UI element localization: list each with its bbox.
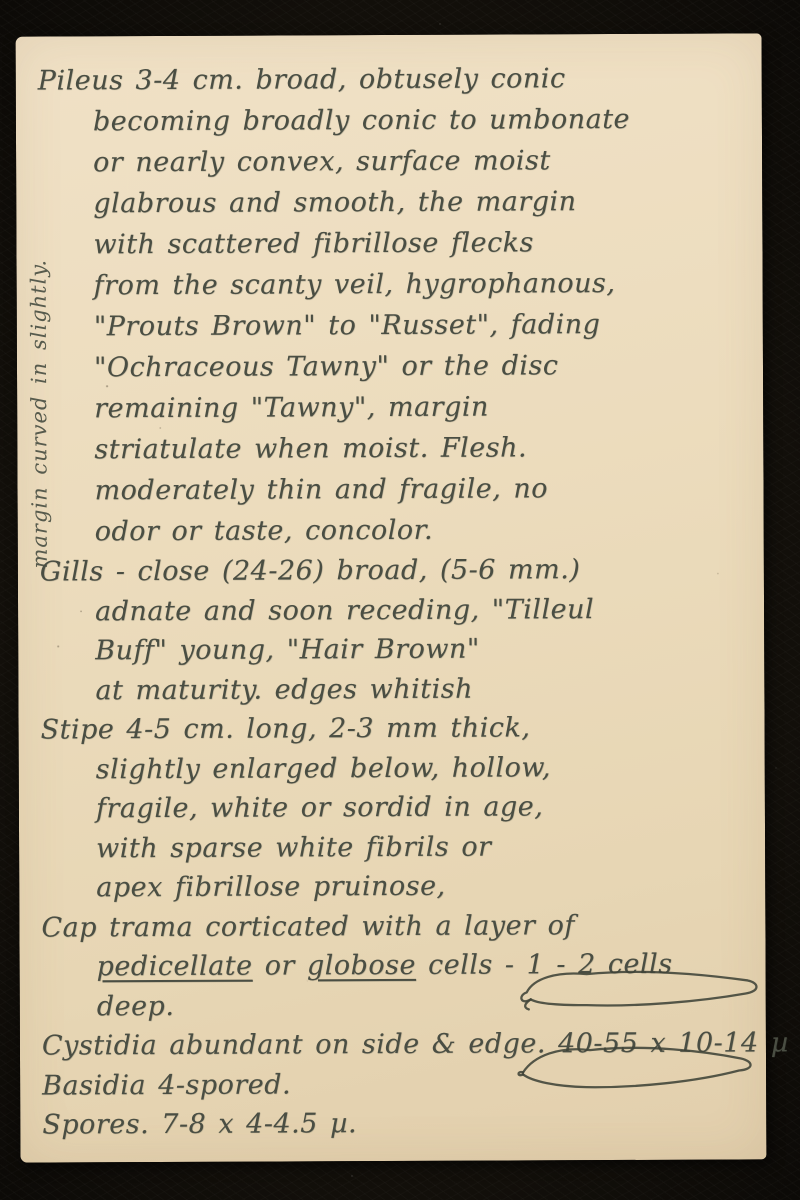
note-card: margin curved in slightly. Pileus 3-4 cm… xyxy=(16,33,767,1162)
handwritten-line: striatulate when moist. Flesh. xyxy=(39,426,755,470)
handwritten-line: "Prouts Brown" to "Russet", fading xyxy=(39,303,755,347)
handwritten-line: Gills - close (24-26) broad, (5-6 mm.) xyxy=(40,549,756,592)
underlined-word: globose xyxy=(307,950,416,981)
handwritten-line: with scattered fibrillose flecks xyxy=(38,221,754,265)
handwritten-line: apex fibrillose pruinose, xyxy=(41,865,757,908)
cystidium-sketch-2 xyxy=(514,1039,758,1106)
handwritten-line: Buff" young, "Hair Brown" xyxy=(40,628,756,671)
photo-background: margin curved in slightly. Pileus 3-4 cm… xyxy=(0,0,800,1200)
handwritten-line: from the scanty veil, hygrophanous, xyxy=(39,262,755,306)
handwritten-line: slightly enlarged below, hollow, xyxy=(41,747,757,790)
handwritten-line: "Ochraceous Tawny" or the disc xyxy=(39,344,755,388)
handwritten-line: Cap trama corticated with a layer of xyxy=(41,905,757,948)
handwritten-line: glabrous and smooth, the margin xyxy=(38,180,754,224)
handwritten-line: Pileus 3-4 cm. broad, obtusely conic xyxy=(38,57,754,101)
handwritten-line: moderately thin and fragile, no xyxy=(39,467,755,511)
underlined-word: pedicellate xyxy=(97,951,253,983)
handwritten-line: Spores. 7-8 x 4-4.5 µ. xyxy=(42,1102,758,1145)
line-segment: or xyxy=(253,950,307,981)
handwritten-line: adnate and soon receding, "Tilleul xyxy=(40,589,756,632)
handwritten-line: odor or taste, concolor. xyxy=(40,508,756,552)
handwritten-line: becoming broadly conic to umbonate xyxy=(38,98,754,142)
handwritten-line: Stipe 4-5 cm. long, 2-3 mm thick, xyxy=(40,707,756,750)
handwritten-line: or nearly convex, surface moist xyxy=(38,139,754,183)
handwritten-line: with sparse white fibrils or xyxy=(41,826,757,869)
handwritten-line: fragile, white or sordid in age, xyxy=(41,786,757,829)
cystidium-sketch-1 xyxy=(515,966,763,1017)
handwritten-line: remaining "Tawny", margin xyxy=(39,385,755,429)
handwritten-line: at maturity. edges whitish xyxy=(40,668,756,711)
